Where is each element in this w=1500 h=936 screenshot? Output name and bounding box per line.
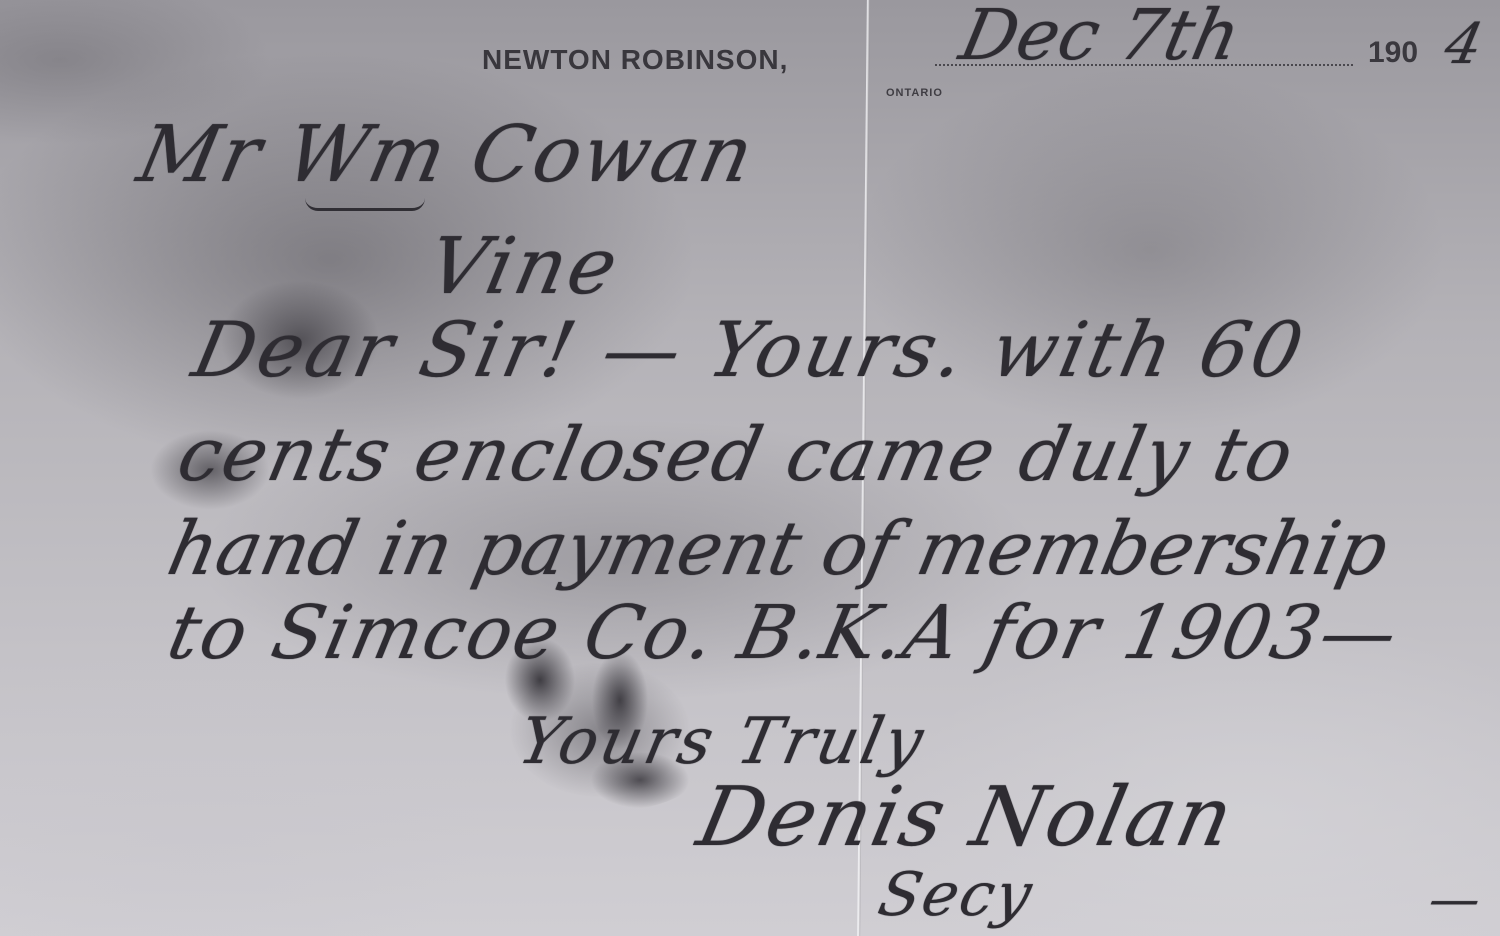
letter-line-1: Dear Sir! — Yours. with 60 bbox=[186, 305, 1314, 394]
letter-line-3: hand in payment of membership bbox=[161, 506, 1395, 592]
letter-line-4: to Simcoe Co. B.K.A for 1903— bbox=[161, 590, 1407, 676]
letterhead-province: ONTARIO bbox=[886, 87, 943, 99]
signature-name: Denis Nolan bbox=[690, 770, 1243, 865]
printed-year-prefix: 190 bbox=[1368, 36, 1418, 70]
letter-line-2: cents enclosed came duly to bbox=[171, 412, 1303, 498]
handwritten-year-digit: 4 bbox=[1439, 12, 1488, 77]
abbreviation-underline bbox=[305, 198, 425, 211]
handwritten-date: Dec 7th bbox=[953, 0, 1247, 76]
letter-page: NEWTON ROBINSON, ONTARIO 190 Dec 7th 4 M… bbox=[0, 0, 1500, 936]
addressee-place: Vine bbox=[420, 222, 627, 312]
signature-title: Secy bbox=[873, 860, 1040, 930]
addressee-name: Mr Wm Cowan bbox=[130, 110, 762, 200]
trailing-dash-mark: — bbox=[1424, 870, 1486, 928]
letterhead-place: NEWTON ROBINSON, bbox=[482, 44, 788, 76]
letter-closing: Yours Truly bbox=[512, 705, 932, 779]
